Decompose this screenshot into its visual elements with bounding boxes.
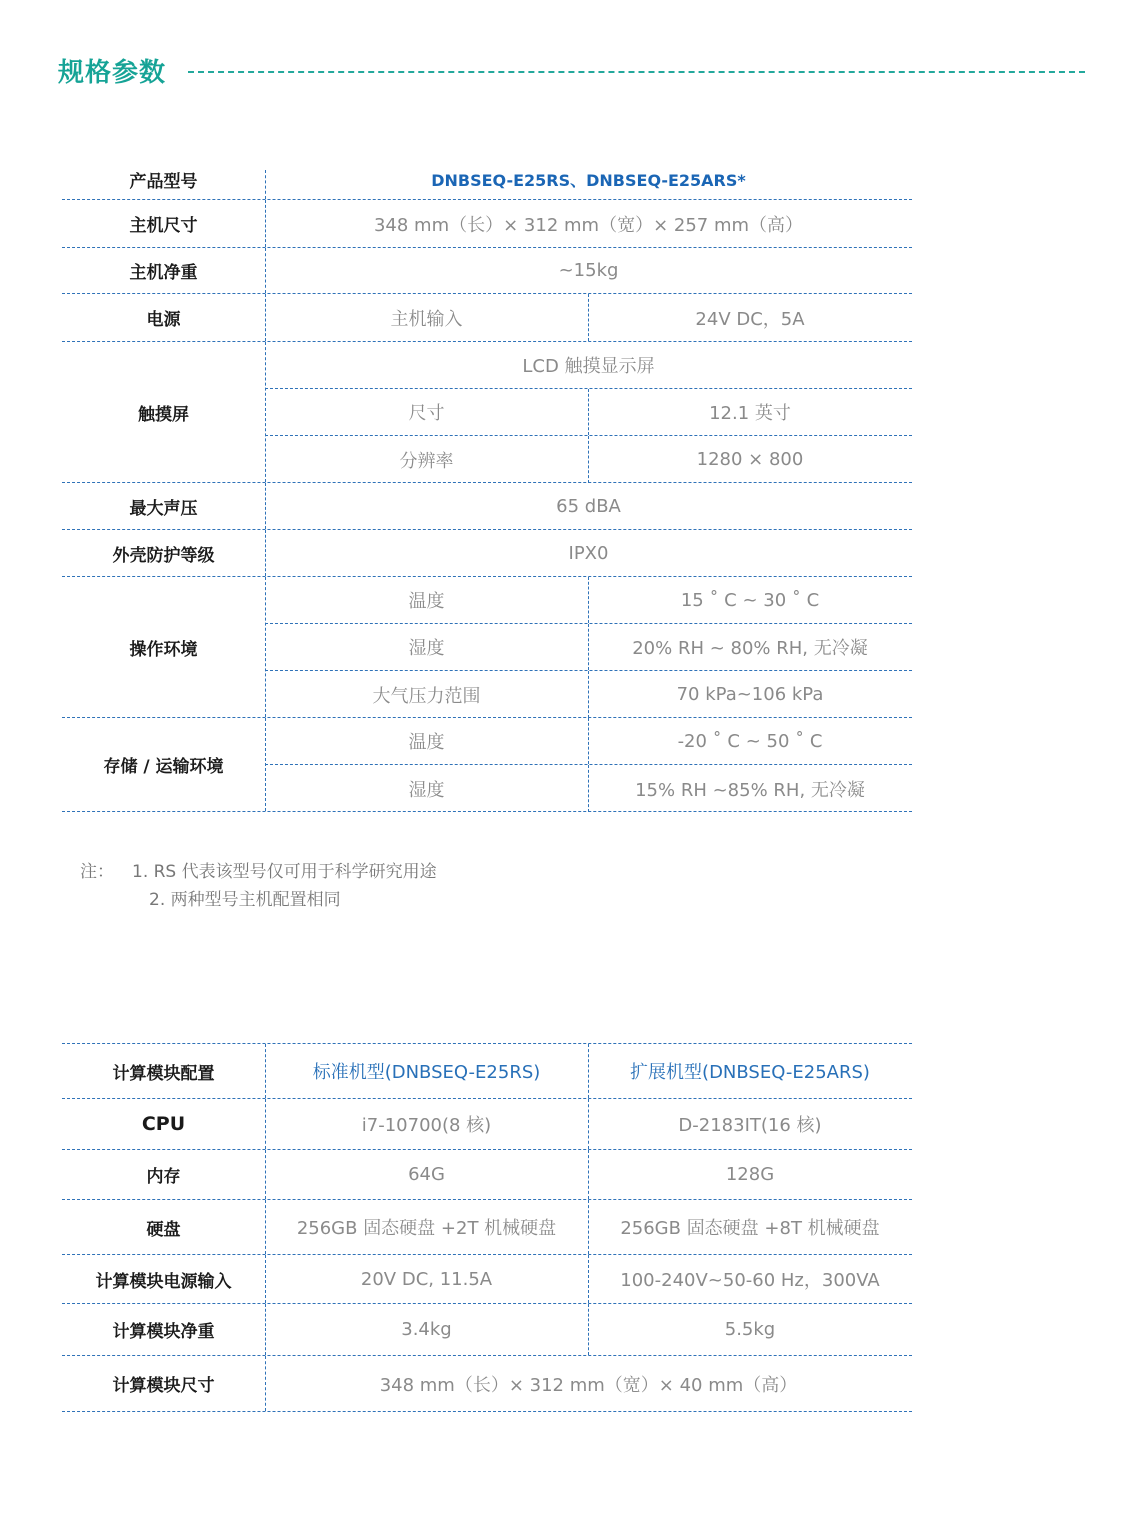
row-label: CPU	[62, 1099, 265, 1149]
row-label: 内存	[62, 1150, 265, 1199]
row-label: 硬盘	[62, 1200, 265, 1254]
row-value: LCD 触摸显示屏	[265, 342, 912, 388]
row-value: 348 mm（长）× 312 mm（宽）× 257 mm（高）	[265, 200, 912, 247]
row-label: 产品型号	[62, 160, 265, 199]
cell-standard: 256GB 固态硬盘 +2T 机械硬盘	[265, 1200, 588, 1254]
row-label: 操作环境	[62, 577, 265, 717]
row-label: 计算模块尺寸	[62, 1356, 265, 1411]
cell-standard: 64G	[265, 1150, 588, 1199]
product-model-value: DNBSEQ-E25RS、DNBSEQ-E25ARS*	[265, 160, 912, 199]
row-value: ~15kg	[265, 248, 912, 293]
sub-row: 湿度 15% RH ~85% RH, 无冷凝	[265, 765, 912, 812]
table-header-row: 计算模块配置 标准机型(DNBSEQ-E25RS) 扩展机型(DNBSEQ-E2…	[62, 1044, 912, 1099]
cell-extended: 100-240V~50-60 Hz，300VA	[588, 1255, 912, 1303]
table-row: CPU i7-10700(8 核) D-2183IT(16 核)	[62, 1099, 912, 1150]
table-row: 计算模块尺寸 348 mm（长）× 312 mm（宽）× 40 mm（高）	[62, 1356, 912, 1412]
note-item: 2. 两种型号主机配置相同	[149, 890, 341, 910]
sub-value: 15% RH ~85% RH, 无冷凝	[588, 765, 912, 812]
row-value: 348 mm（长）× 312 mm（宽）× 40 mm（高）	[265, 1356, 912, 1411]
sub-value: 12.1 英寸	[588, 389, 912, 435]
sub-row: 尺寸 12.1 英寸	[265, 389, 912, 436]
sub-row: 大气压力范围 70 kPa~106 kPa	[265, 671, 912, 718]
row-label: 主机尺寸	[62, 200, 265, 247]
table-row: 主机净重 ~15kg	[62, 248, 912, 294]
table-row: 内存 64G 128G	[62, 1150, 912, 1200]
row-label: 计算模块电源输入	[62, 1255, 265, 1303]
table-row: 外壳防护等级 IPX0	[62, 530, 912, 577]
table-row: 操作环境 温度 15 ˚ C ~ 30 ˚ C 湿度 20% RH ~ 80% …	[62, 577, 912, 718]
row-label: 计算模块净重	[62, 1304, 265, 1355]
section-title: 规格参数	[58, 56, 166, 90]
sub-value: -20 ˚ C ~ 50 ˚ C	[588, 718, 912, 764]
row-label: 存储 / 运输环境	[62, 718, 265, 811]
cell-extended: 5.5kg	[588, 1304, 912, 1355]
cell-extended: D-2183IT(16 核)	[588, 1099, 912, 1149]
cell-standard: 3.4kg	[265, 1304, 588, 1355]
cell-extended: 256GB 固态硬盘 +8T 机械硬盘	[588, 1200, 912, 1254]
sub-value: 70 kPa~106 kPa	[588, 671, 912, 718]
row-label: 电源	[62, 294, 265, 341]
sub-key: 温度	[265, 718, 588, 764]
note-item: 1. RS 代表该型号仅可用于科学研究用途	[132, 862, 437, 882]
sub-key: 湿度	[265, 765, 588, 812]
note-prefix: 注：	[80, 858, 132, 886]
cell-extended: 128G	[588, 1150, 912, 1199]
table-row: 主机尺寸 348 mm（长）× 312 mm（宽）× 257 mm（高）	[62, 200, 912, 248]
sub-key: 温度	[265, 577, 588, 623]
footnotes: 注：1. RS 代表该型号仅可用于科学研究用途 2. 两种型号主机配置相同	[80, 858, 437, 914]
sub-value: 15 ˚ C ~ 30 ˚ C	[588, 577, 912, 623]
sub-value: 1280 × 800	[588, 436, 912, 483]
row-label: 最大声压	[62, 483, 265, 529]
sub-row: LCD 触摸显示屏	[265, 342, 912, 389]
row-value: 24V DC，5A	[588, 294, 912, 341]
header-extended-model: 扩展机型(DNBSEQ-E25ARS)	[588, 1044, 912, 1098]
sub-key: 湿度	[265, 624, 588, 670]
title-dashed-divider	[188, 71, 1085, 73]
header-standard-model: 标准机型(DNBSEQ-E25RS)	[265, 1044, 588, 1098]
sub-row: 温度 15 ˚ C ~ 30 ˚ C	[265, 577, 912, 624]
sub-key: 分辨率	[265, 436, 588, 483]
table-row: 计算模块电源输入 20V DC, 11.5A 100-240V~50-60 Hz…	[62, 1255, 912, 1304]
sub-row: 温度 -20 ˚ C ~ 50 ˚ C	[265, 718, 912, 765]
row-value: IPX0	[265, 530, 912, 576]
table-row: 硬盘 256GB 固态硬盘 +2T 机械硬盘 256GB 固态硬盘 +8T 机械…	[62, 1200, 912, 1255]
table-row: 最大声压 65 dBA	[62, 483, 912, 530]
table-row: 存储 / 运输环境 温度 -20 ˚ C ~ 50 ˚ C 湿度 15% RH …	[62, 718, 912, 812]
cell-standard: 20V DC, 11.5A	[265, 1255, 588, 1303]
sub-key: 尺寸	[265, 389, 588, 435]
table-row: 产品型号 DNBSEQ-E25RS、DNBSEQ-E25ARS*	[62, 160, 912, 200]
table-row: 电源 主机输入 24V DC，5A	[62, 294, 912, 342]
sub-row: 湿度 20% RH ~ 80% RH, 无冷凝	[265, 624, 912, 671]
header-label: 计算模块配置	[62, 1044, 265, 1098]
sub-value: 20% RH ~ 80% RH, 无冷凝	[588, 624, 912, 670]
cell-standard: i7-10700(8 核)	[265, 1099, 588, 1149]
table-row: 触摸屏 LCD 触摸显示屏 尺寸 12.1 英寸 分辨率 1280 × 800	[62, 342, 912, 483]
row-label: 外壳防护等级	[62, 530, 265, 576]
sub-key: 大气压力范围	[265, 671, 588, 718]
row-key: 主机输入	[265, 294, 588, 341]
table-row: 计算模块净重 3.4kg 5.5kg	[62, 1304, 912, 1356]
row-label: 主机净重	[62, 248, 265, 293]
sub-row: 分辨率 1280 × 800	[265, 436, 912, 483]
row-label: 触摸屏	[62, 342, 265, 482]
row-value: 65 dBA	[265, 483, 912, 529]
